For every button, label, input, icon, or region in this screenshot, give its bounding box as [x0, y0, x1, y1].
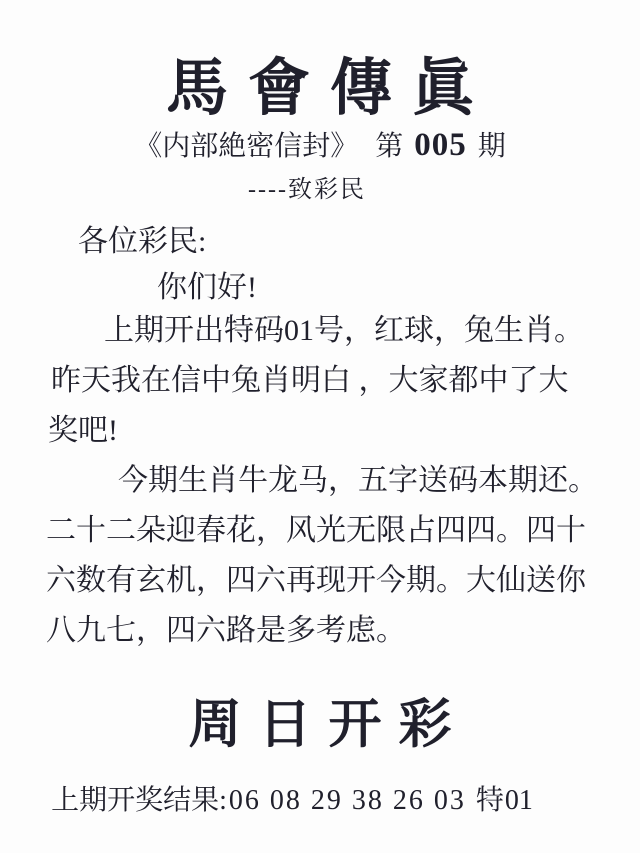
envelope-label: 《内部絶密信封》 — [134, 131, 358, 162]
draw-day-banner: 周日开彩 — [0, 682, 640, 758]
issue-prefix: 第 — [375, 131, 403, 162]
issue-number: 005 — [414, 127, 467, 163]
body-line: 上期开出特码01号，红球，兔生肖。 — [46, 306, 632, 356]
issue-line: 《内部絶密信封》 第 005 期 — [0, 124, 640, 164]
special-number-value: 01 — [505, 785, 533, 816]
letter-body: 上期开出特码01号，红球，兔生肖。 昨天我在信中兔肖明白 ，大家都中了大 奖吧!… — [46, 306, 632, 656]
greeting: 你们好! — [157, 262, 257, 306]
results-label: 上期开奖结果: — [51, 785, 227, 816]
results-numbers: 06 08 29 38 26 03 — [229, 785, 466, 816]
special-number-label: 特 — [476, 785, 504, 816]
body-line: 昨天我在信中兔肖明白 ，大家都中了大 — [46, 356, 632, 406]
salutation: 各位彩民: — [78, 216, 206, 260]
page-title: 馬會傳眞 — [0, 38, 640, 127]
fax-document-page: 馬會傳眞 《内部絶密信封》 第 005 期 ----致彩民 各位彩民: 你们好!… — [0, 0, 640, 853]
dedication-line: ----致彩民 — [0, 169, 614, 204]
body-line: 六数有玄机，四六再现开今期。大仙送你 — [46, 556, 632, 606]
body-line: 奖吧! — [46, 406, 632, 456]
body-line: 八九七，四六路是多考虑。 — [46, 606, 632, 656]
body-line: 二十二朵迎春花，风光无限占四四。四十 — [46, 506, 632, 556]
issue-suffix: 期 — [478, 131, 506, 162]
body-line: 今期生肖牛龙马，五字送码本期还。 — [46, 456, 632, 506]
last-results-line: 上期开奖结果:06 08 29 38 26 03特01 — [0, 778, 612, 818]
